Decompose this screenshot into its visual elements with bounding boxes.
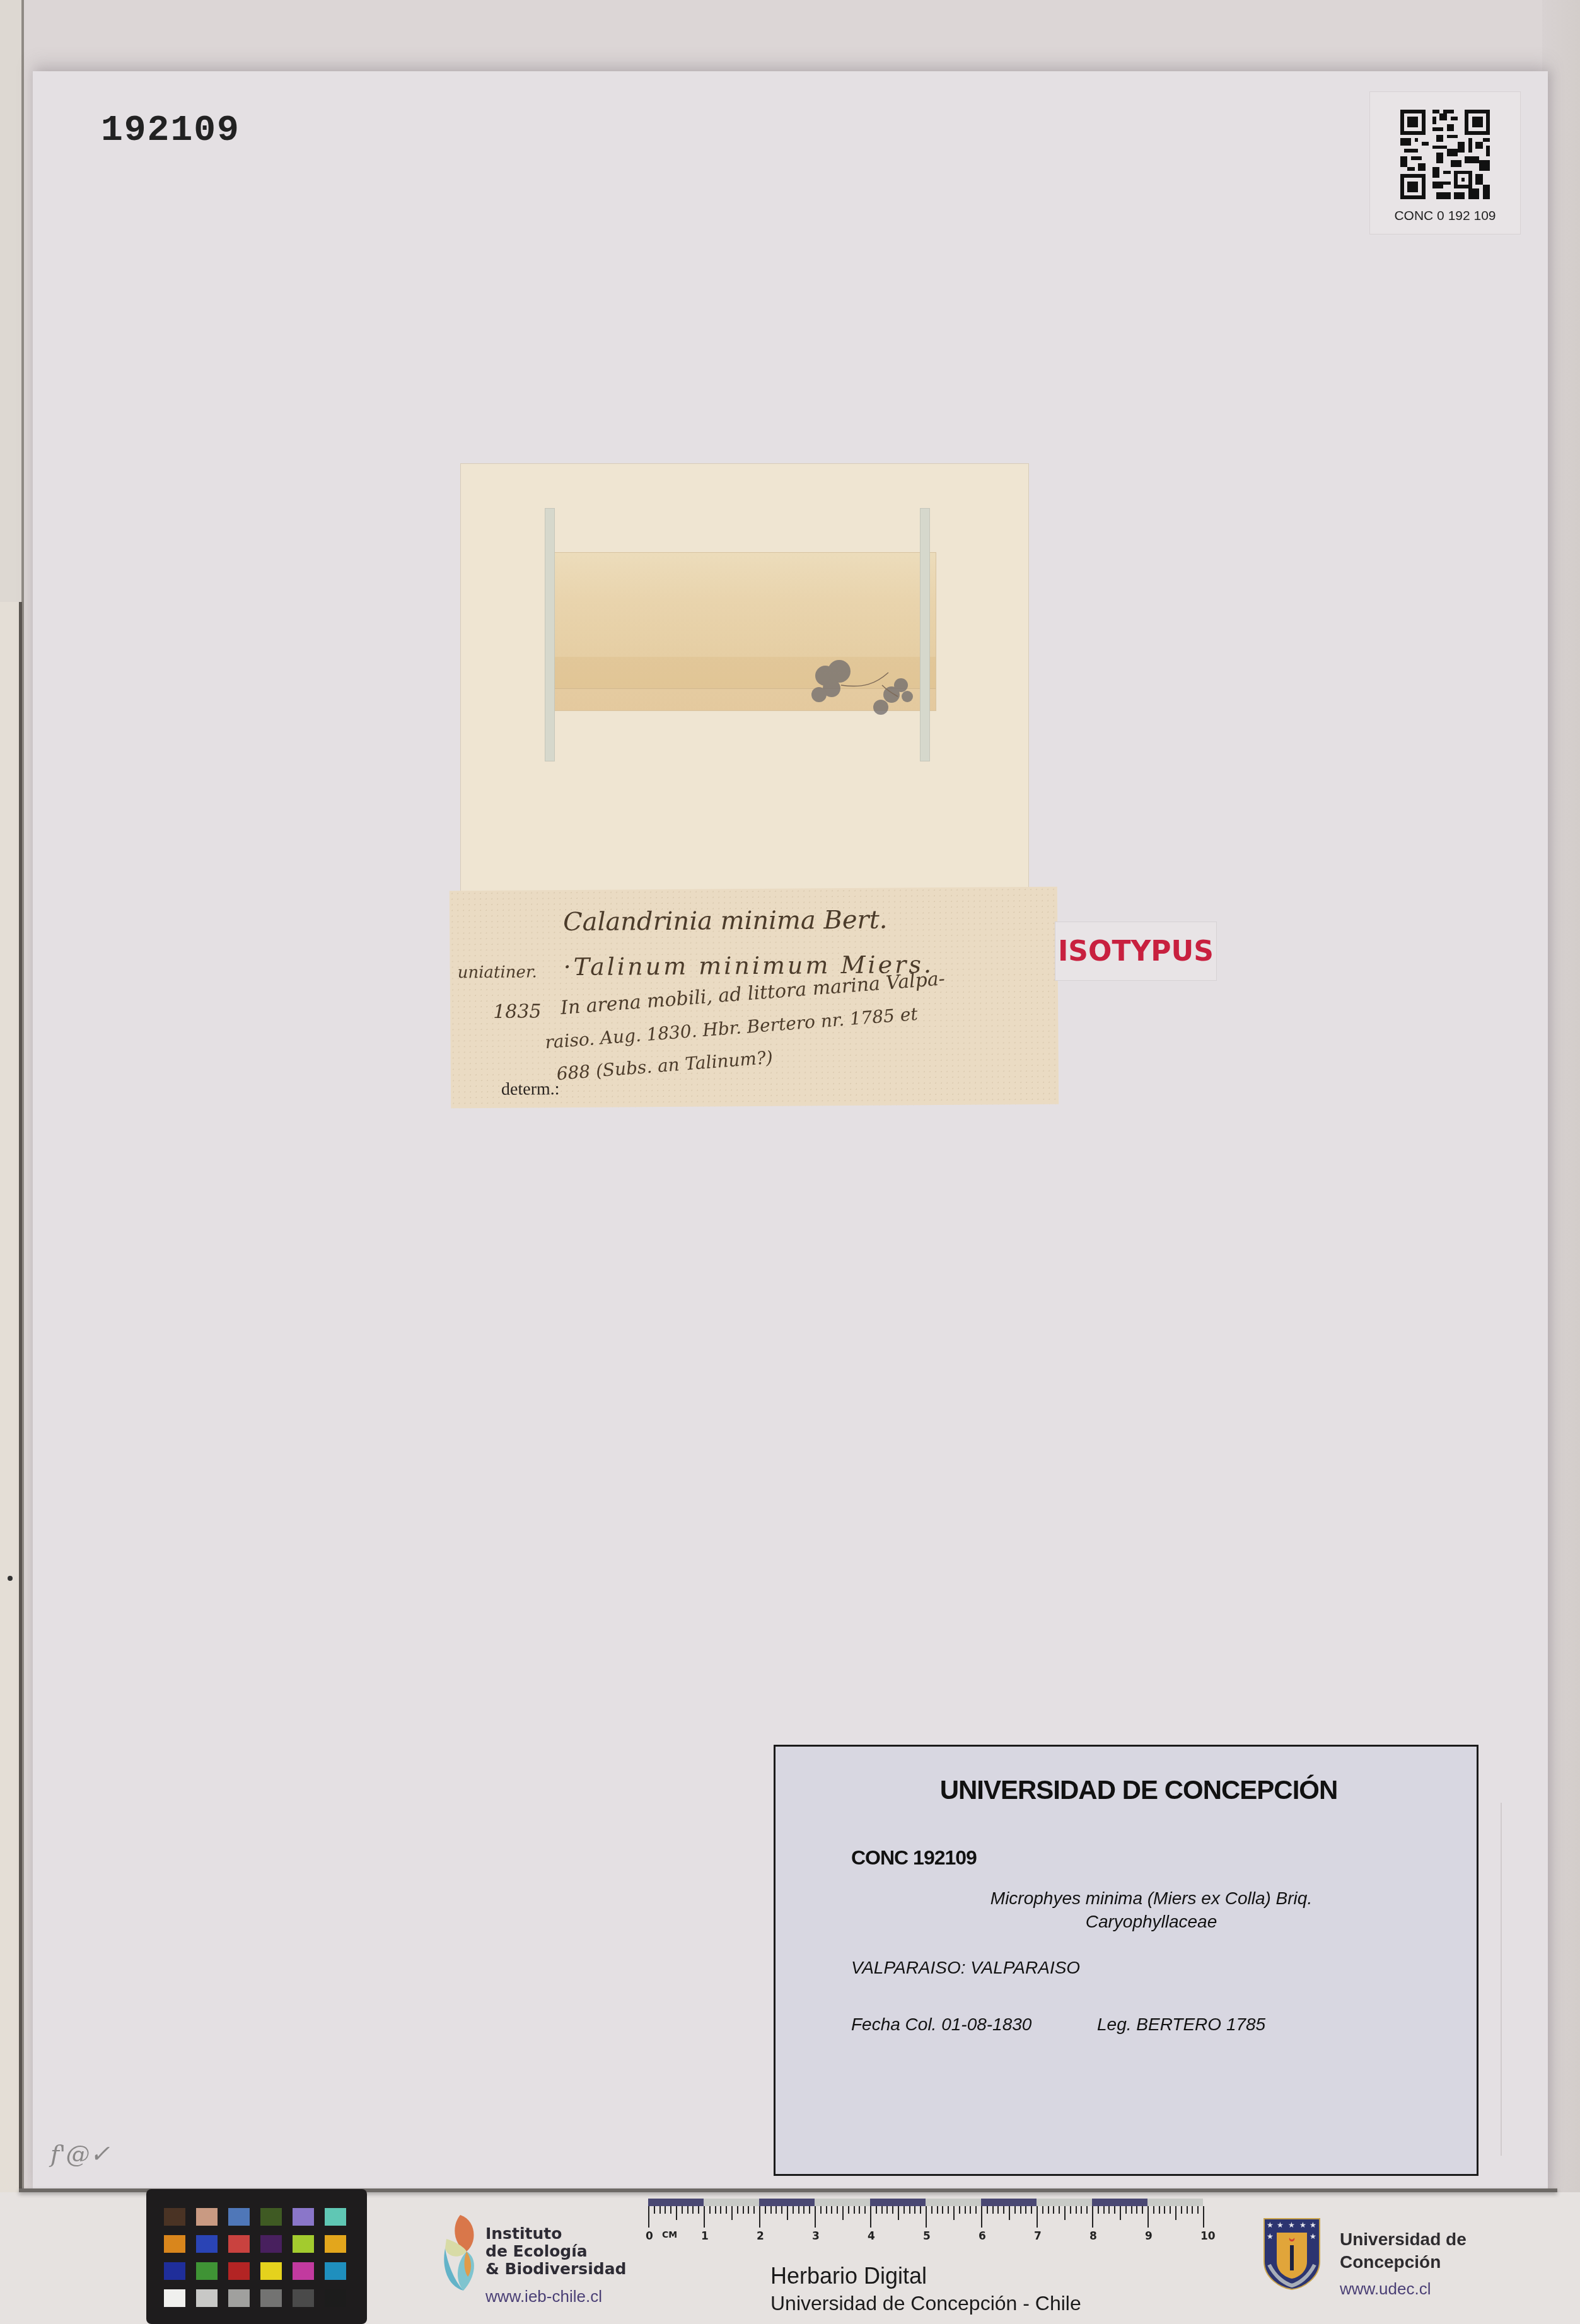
ieb-leaf-logo-icon — [441, 2214, 479, 2292]
ieb-line2: de Ecología — [485, 2243, 626, 2260]
ruler-tick — [1170, 2206, 1171, 2214]
ruler-tick — [1042, 2206, 1043, 2214]
specimen-card — [460, 463, 1029, 896]
ruler-tick — [709, 2206, 711, 2214]
ruler-tick — [892, 2206, 893, 2214]
ruler-tick — [953, 2206, 955, 2220]
ruler-tick — [837, 2206, 838, 2214]
color-swatch — [196, 2262, 218, 2280]
ruler-tick — [1037, 2206, 1038, 2228]
ruler-tick — [743, 2206, 744, 2214]
backdrop-left-board — [0, 602, 22, 2197]
collector: Leg. BERTERO 1785 — [1097, 2015, 1265, 2035]
ruler-tick — [770, 2206, 772, 2214]
original-handwritten-label: Calandrinia minima Bert. uniatiner. ·Tal… — [450, 887, 1059, 1109]
color-swatch — [228, 2289, 250, 2307]
ruler-tick — [676, 2206, 677, 2220]
ruler-tick — [726, 2206, 727, 2214]
ruler-tick — [1081, 2206, 1082, 2214]
color-swatch — [260, 2208, 282, 2226]
ruler-tick — [1009, 2206, 1010, 2220]
ruler-tick — [859, 2206, 860, 2214]
ruler-tick — [659, 2206, 661, 2214]
ruler-tick — [731, 2206, 733, 2220]
ruler-tick — [798, 2206, 799, 2214]
herbario-title: Herbario Digital — [770, 2263, 927, 2289]
ruler-tick — [1203, 2206, 1204, 2228]
ruler-tick — [1064, 2206, 1066, 2220]
ieb-line3: & Biodiversidad — [485, 2260, 626, 2278]
ruler-tick — [1153, 2206, 1154, 2214]
svg-text:★: ★ — [1288, 2221, 1295, 2229]
svg-text:★: ★ — [1267, 2232, 1274, 2241]
svg-text:★: ★ — [1277, 2221, 1284, 2229]
ruler-tick — [687, 2206, 688, 2214]
ruler-tick — [748, 2206, 749, 2214]
color-swatch — [164, 2235, 185, 2253]
ruler-tick — [1031, 2206, 1032, 2214]
ruler-tick — [909, 2206, 910, 2214]
ruler-tick — [992, 2206, 994, 2214]
ruler-tick — [1108, 2206, 1110, 2214]
ruler-tick — [692, 2206, 694, 2214]
ruler-tick — [787, 2206, 788, 2220]
ruler-tick — [1025, 2206, 1026, 2214]
ruler-tick — [1125, 2206, 1127, 2214]
ruler-tick — [1092, 2206, 1093, 2228]
ruler-bar — [1092, 2199, 1147, 2206]
ruler-tick — [1086, 2206, 1088, 2214]
ieb-name: Instituto de Ecología & Biodiversidad — [485, 2225, 626, 2278]
ruler-tick — [1136, 2206, 1137, 2214]
ruler-tick — [720, 2206, 721, 2214]
hw-note-line: 688 (Subs. an Talinum?) — [556, 1047, 774, 1084]
udec-crest-icon: ★★★★★ ★★ — [1263, 2217, 1321, 2290]
ruler-tick — [903, 2206, 905, 2214]
debris-dot — [8, 1576, 13, 1581]
udec-line2: Concepción — [1340, 2251, 1467, 2274]
svg-text:★: ★ — [1310, 2221, 1316, 2229]
ruler-tick — [1192, 2206, 1193, 2214]
ruler-tick — [886, 2206, 888, 2214]
ruler-tick — [1103, 2206, 1105, 2214]
ruler-tick — [781, 2206, 782, 2214]
ruler-tick — [737, 2206, 738, 2214]
udec-name: Universidad de Concepción — [1340, 2228, 1467, 2274]
ruler-tick — [670, 2206, 671, 2214]
ruler-tick — [987, 2206, 988, 2214]
type-status-badge: ISOTYPUS — [1055, 922, 1217, 981]
ruler-label: 1 — [701, 2230, 709, 2243]
color-swatch — [293, 2208, 314, 2226]
ruler-tick — [1059, 2206, 1060, 2214]
ruler-bar — [815, 2199, 870, 2206]
backdrop-right — [1542, 0, 1580, 2324]
ruler-label: 7 — [1034, 2230, 1042, 2243]
color-swatch — [164, 2289, 185, 2307]
ruler-tick — [1120, 2206, 1121, 2220]
ruler-tick — [854, 2206, 855, 2214]
ruler-tick — [876, 2206, 877, 2214]
strap-left — [545, 508, 555, 761]
ruler-tick — [1197, 2206, 1199, 2214]
hw-name-line: Calandrinia minima Bert. — [563, 906, 888, 937]
ruler-tick — [1098, 2206, 1099, 2214]
color-swatch — [325, 2235, 346, 2253]
ruler-label: 4 — [868, 2230, 875, 2243]
svg-text:★: ★ — [1310, 2232, 1316, 2241]
ruler-tick — [942, 2206, 943, 2214]
ruler-tick — [926, 2206, 927, 2228]
ruler-tick — [765, 2206, 766, 2214]
ruler-label: 10 — [1200, 2230, 1216, 2243]
ruler-tick — [1181, 2206, 1182, 2214]
ruler-tick — [1159, 2206, 1160, 2214]
color-swatch — [164, 2208, 185, 2226]
sheet-inner-edge — [1501, 1803, 1502, 2156]
ruler-tick — [654, 2206, 655, 2214]
institution-title: UNIVERSIDAD DE CONCEPCIÓN — [775, 1775, 1477, 1805]
determ-field: determ.: — [501, 1079, 560, 1100]
ruler-tick — [997, 2206, 999, 2214]
ruler-tick — [1014, 2206, 1016, 2214]
accession-stamp: 192109 — [101, 110, 240, 151]
ruler-label: 2 — [757, 2230, 764, 2243]
ruler-label: 5 — [923, 2230, 931, 2243]
hw-year: 1835 — [493, 1000, 542, 1023]
ruler-label: 3 — [812, 2230, 820, 2243]
color-swatch — [228, 2208, 250, 2226]
ruler-tick — [948, 2206, 949, 2214]
color-swatch — [325, 2289, 346, 2307]
color-swatch — [293, 2235, 314, 2253]
ruler-tick — [803, 2206, 805, 2214]
color-swatch — [196, 2208, 218, 2226]
strap-right — [920, 508, 930, 761]
color-swatch — [325, 2262, 346, 2280]
color-swatch — [196, 2289, 218, 2307]
ruler-bar — [981, 2199, 1037, 2206]
ruler-tick — [665, 2206, 666, 2214]
specimen-data-label: UNIVERSIDAD DE CONCEPCIÓN CONC 192109 Mi… — [774, 1745, 1478, 2176]
ruler-label: 8 — [1089, 2230, 1097, 2243]
ruler-bar — [870, 2199, 926, 2206]
ruler-tick — [1142, 2206, 1143, 2214]
ruler-bar — [926, 2199, 981, 2206]
color-swatch — [164, 2262, 185, 2280]
plant-specimen-icon[interactable] — [806, 660, 932, 729]
ruler-label: 0 — [646, 2230, 653, 2243]
ruler-tick — [975, 2206, 977, 2214]
ieb-url[interactable]: www.ieb-chile.cl — [485, 2287, 602, 2306]
ruler-tick — [759, 2206, 760, 2228]
color-swatch — [260, 2262, 282, 2280]
ruler-tick — [842, 2206, 844, 2220]
ruler-tick — [815, 2206, 816, 2228]
ruler-tick — [682, 2206, 683, 2214]
color-swatch — [196, 2235, 218, 2253]
ruler-tick — [1164, 2206, 1165, 2214]
ruler-tick — [959, 2206, 960, 2214]
ruler-tick — [775, 2206, 777, 2214]
ruler-tick — [1048, 2206, 1049, 2214]
ruler-bar — [1147, 2199, 1203, 2206]
ruler-tick — [704, 2206, 705, 2228]
ruler-tick — [1076, 2206, 1077, 2214]
ruler-tick — [981, 2206, 982, 2228]
ruler-bar — [759, 2199, 815, 2206]
ruler-tick — [1053, 2206, 1054, 2214]
udec-url[interactable]: www.udec.cl — [1340, 2279, 1431, 2299]
pencil-annotation: f'@✓ — [50, 2140, 110, 2168]
ruler-tick — [1187, 2206, 1188, 2214]
ruler-tick — [1175, 2206, 1176, 2220]
ruler-tick — [881, 2206, 883, 2214]
ruler-tick — [848, 2206, 849, 2214]
ruler-tick — [698, 2206, 699, 2214]
herbario-subtitle: Universidad de Concepción - Chile — [770, 2292, 1081, 2315]
ruler-tick — [931, 2206, 932, 2214]
svg-text:★: ★ — [1299, 2221, 1306, 2229]
ruler-tick — [870, 2206, 871, 2228]
ruler-tick — [937, 2206, 938, 2214]
catalog-number: CONC 192109 — [851, 1846, 977, 1870]
ruler-tick — [820, 2206, 822, 2214]
ruler-tick — [793, 2206, 794, 2214]
color-calibration-chart-icon — [146, 2189, 367, 2324]
ruler-label: 6 — [979, 2230, 986, 2243]
ruler-bar — [1037, 2199, 1092, 2206]
qr-tag: CONC 0 192 109 — [1369, 91, 1521, 234]
ruler-tick — [965, 2206, 966, 2214]
ruler-tick — [1114, 2206, 1115, 2214]
qr-code-icon[interactable] — [1400, 110, 1490, 199]
ruler-tick — [898, 2206, 899, 2220]
ruler-tick — [920, 2206, 921, 2214]
specimen-packet — [554, 552, 936, 711]
ruler-tick — [753, 2206, 755, 2214]
ruler-tick — [715, 2206, 716, 2214]
ruler-tick — [1003, 2206, 1004, 2214]
ruler-tick — [648, 2206, 649, 2228]
ruler-tick — [1147, 2206, 1149, 2228]
family-name: Caryophyllaceae — [775, 1912, 1477, 1932]
color-swatch — [293, 2289, 314, 2307]
ruler-bar — [648, 2199, 704, 2206]
ruler-tick — [1070, 2206, 1071, 2214]
color-swatch — [228, 2235, 250, 2253]
ruler-label: 9 — [1145, 2230, 1153, 2243]
hw-side-note: uniatiner. — [458, 963, 537, 982]
color-swatch — [325, 2208, 346, 2226]
ruler-tick — [1131, 2206, 1132, 2214]
ruler-tick — [831, 2206, 832, 2214]
ruler-tick — [970, 2206, 971, 2214]
ruler-tick — [1020, 2206, 1021, 2214]
ruler-unit: CM — [662, 2230, 677, 2240]
ruler-tick — [809, 2206, 810, 2214]
color-swatch — [260, 2235, 282, 2253]
collection-date: Fecha Col. 01-08-1830 — [851, 2015, 1031, 2035]
ieb-line1: Instituto — [485, 2225, 626, 2243]
ruler-tick — [826, 2206, 827, 2214]
ruler-tick — [914, 2206, 915, 2214]
scale-ruler: 012345678910CM — [648, 2199, 1216, 2249]
ruler-tick — [864, 2206, 866, 2214]
locality: VALPARAISO: VALPARAISO — [851, 1958, 1080, 1978]
color-swatch — [228, 2262, 250, 2280]
color-swatch — [293, 2262, 314, 2280]
svg-text:★: ★ — [1267, 2221, 1274, 2229]
qr-caption: CONC 0 192 109 — [1370, 209, 1520, 224]
scientific-name: Microphyes minima (Miers ex Colla) Briq. — [775, 1888, 1477, 1909]
color-swatch — [260, 2289, 282, 2307]
udec-line1: Universidad de — [1340, 2228, 1467, 2251]
ruler-bar — [704, 2199, 759, 2206]
